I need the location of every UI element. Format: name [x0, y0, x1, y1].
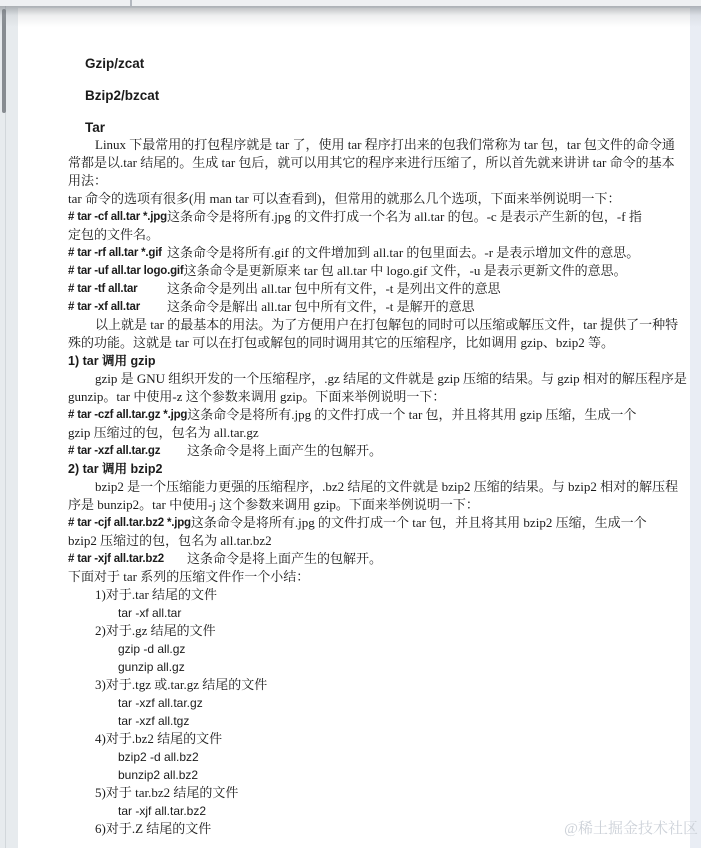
text-line: gunzip。tar 中使用-z 这个参数来调用 gzip。下面来举例说明一下：: [68, 388, 658, 406]
text-line: tar -xf all.tar: [68, 604, 658, 622]
text-line: # tar -cjf all.tar.bz2 *.jpg这条命令是将所有.jpg…: [68, 514, 658, 532]
text-line: # tar -rf all.tar *.gif这条命令是将所有.gif 的文件增…: [68, 244, 658, 262]
text-line: bzip2 是一个压缩能力更强的压缩程序，.bz2 结尾的文件就是 bzip2 …: [68, 478, 658, 496]
text-line: 以上就是 tar 的最基本的用法。为了方便用户在打包解包的同时可以压缩或解压文件…: [68, 316, 658, 334]
watermark: @稀土掘金技术社区: [564, 817, 698, 838]
command-text: # tar -uf all.tar logo.gif: [68, 262, 184, 280]
text-line: 常都是以.tar 结尾的。生成 tar 包后，就可以用其它的程序来进行压缩了，所…: [68, 154, 658, 172]
subheading-line: 2) tar 调用 bzip2: [68, 460, 658, 478]
command-description: 这条命令是更新原来 tar 包 all.tar 中 logo.gif 文件，-u…: [184, 263, 627, 278]
command-text: # tar -tf all.tar: [68, 280, 167, 298]
command-description: 这条命令是解出 all.tar 包中所有文件，-t 是解开的意思: [167, 299, 475, 314]
command-description: 这条命令是将所有.jpg 的文件打成一个 tar 包，并且将其用 gzip 压缩…: [187, 407, 636, 422]
text-line: bzip2 -d all.bz2: [68, 748, 658, 766]
command-text: # tar -cjf all.tar.bz2 *.jpg: [68, 514, 191, 532]
command-description: 这条命令是将上面产生的包解开。: [187, 551, 382, 566]
text-line: gzip 压缩过的包，包名为 all.tar.gz: [68, 424, 658, 442]
text-line: 5)对于 tar.bz2 结尾的文件: [68, 784, 658, 802]
left-gutter: [0, 6, 18, 848]
text-line: # tar -xf all.tar这条命令是解出 all.tar 包中所有文件，…: [68, 298, 658, 316]
ruler-tick-icon: [130, 0, 132, 6]
right-strip: [690, 6, 701, 848]
text-line: 1)对于.tar 结尾的文件: [68, 586, 658, 604]
text-line: gzip -d all.gz: [68, 640, 658, 658]
command-description: 这条命令是列出 all.tar 包中所有文件，-t 是列出文件的意思: [167, 281, 501, 296]
top-strip: [0, 0, 701, 6]
command-text: # tar -xzf all.tar.gz: [68, 442, 187, 460]
heading-gzip-zcat: Gzip/zcat: [85, 48, 159, 80]
text-line: 序是 bunzip2。tar 中使用-j 这个参数来调用 gzip。下面来举例说…: [68, 496, 658, 514]
command-text: # tar -xf all.tar: [68, 298, 167, 316]
command-text: # tar -cf all.tar *.jpg: [68, 208, 167, 226]
text-line: 3)对于.tgz 或.tar.gz 结尾的文件: [68, 676, 658, 694]
text-line: bunzip2 all.bz2: [68, 766, 658, 784]
text-line: 用法：: [68, 172, 658, 190]
gutter-line: [5, 6, 6, 848]
heading-bzip2-bzcat: Bzip2/bzcat: [85, 80, 159, 112]
text-line: # tar -czf all.tar.gz *.jpg这条命令是将所有.jpg …: [68, 406, 658, 424]
command-description: 这条命令是将所有.gif 的文件增加到 all.tar 的包里面去。-r 是表示…: [167, 245, 639, 260]
section-headings: Gzip/zcat Bzip2/bzcat Tar: [85, 48, 159, 144]
text-line: # tar -tf all.tar这条命令是列出 all.tar 包中所有文件，…: [68, 280, 658, 298]
text-line: 下面对于 tar 系列的压缩文件作一个小结：: [68, 568, 658, 586]
text-line: # tar -xjf all.tar.bz2这条命令是将上面产生的包解开。: [68, 550, 658, 568]
text-line: Linux 下最常用的打包程序就是 tar 了，使用 tar 程序打出来的包我们…: [68, 136, 658, 154]
text-line: # tar -xzf all.tar.gz这条命令是将上面产生的包解开。: [68, 442, 658, 460]
text-line: 殊的功能。这就是 tar 可以在打包或解包的同时调用其它的压缩程序，比如调用 g…: [68, 334, 658, 352]
text-line: # tar -cf all.tar *.jpg这条命令是将所有.jpg 的文件打…: [68, 208, 658, 226]
command-description: 这条命令是将所有.jpg 的文件打成一个 tar 包，并且将其用 bzip2 压…: [191, 515, 647, 530]
command-text: # tar -rf all.tar *.gif: [68, 244, 167, 262]
text-line: tar -xzf all.tgz: [68, 712, 658, 730]
document-page: Gzip/zcat Bzip2/bzcat Tar Linux 下最常用的打包程…: [18, 8, 690, 848]
text-line: gzip 是 GNU 组织开发的一个压缩程序，.gz 结尾的文件就是 gzip …: [68, 370, 658, 388]
text-line: gunzip all.gz: [68, 658, 658, 676]
command-text: # tar -xjf all.tar.bz2: [68, 550, 187, 568]
text-line: 定包的文件名。: [68, 226, 658, 244]
command-text: # tar -czf all.tar.gz *.jpg: [68, 406, 187, 424]
command-description: 这条命令是将所有.jpg 的文件打成一个名为 all.tar 的包。-c 是表示…: [167, 209, 642, 224]
command-description: 这条命令是将上面产生的包解开。: [187, 443, 382, 458]
text-line: tar -xzf all.tar.gz: [68, 694, 658, 712]
text-line: # tar -uf all.tar logo.gif这条命令是更新原来 tar …: [68, 262, 658, 280]
text-line: 4)对于.bz2 结尾的文件: [68, 730, 658, 748]
text-line: tar 命令的选项有很多(用 man tar 可以查看到)，但常用的就那么几个选…: [68, 190, 658, 208]
text-line: bzip2 压缩过的包，包名为 all.tar.bz2: [68, 532, 658, 550]
subheading-line: 1) tar 调用 gzip: [68, 352, 658, 370]
scrollbar-thumb[interactable]: [2, 9, 6, 113]
text-line: 2)对于.gz 结尾的文件: [68, 622, 658, 640]
document-body: Linux 下最常用的打包程序就是 tar 了，使用 tar 程序打出来的包我们…: [68, 136, 658, 838]
